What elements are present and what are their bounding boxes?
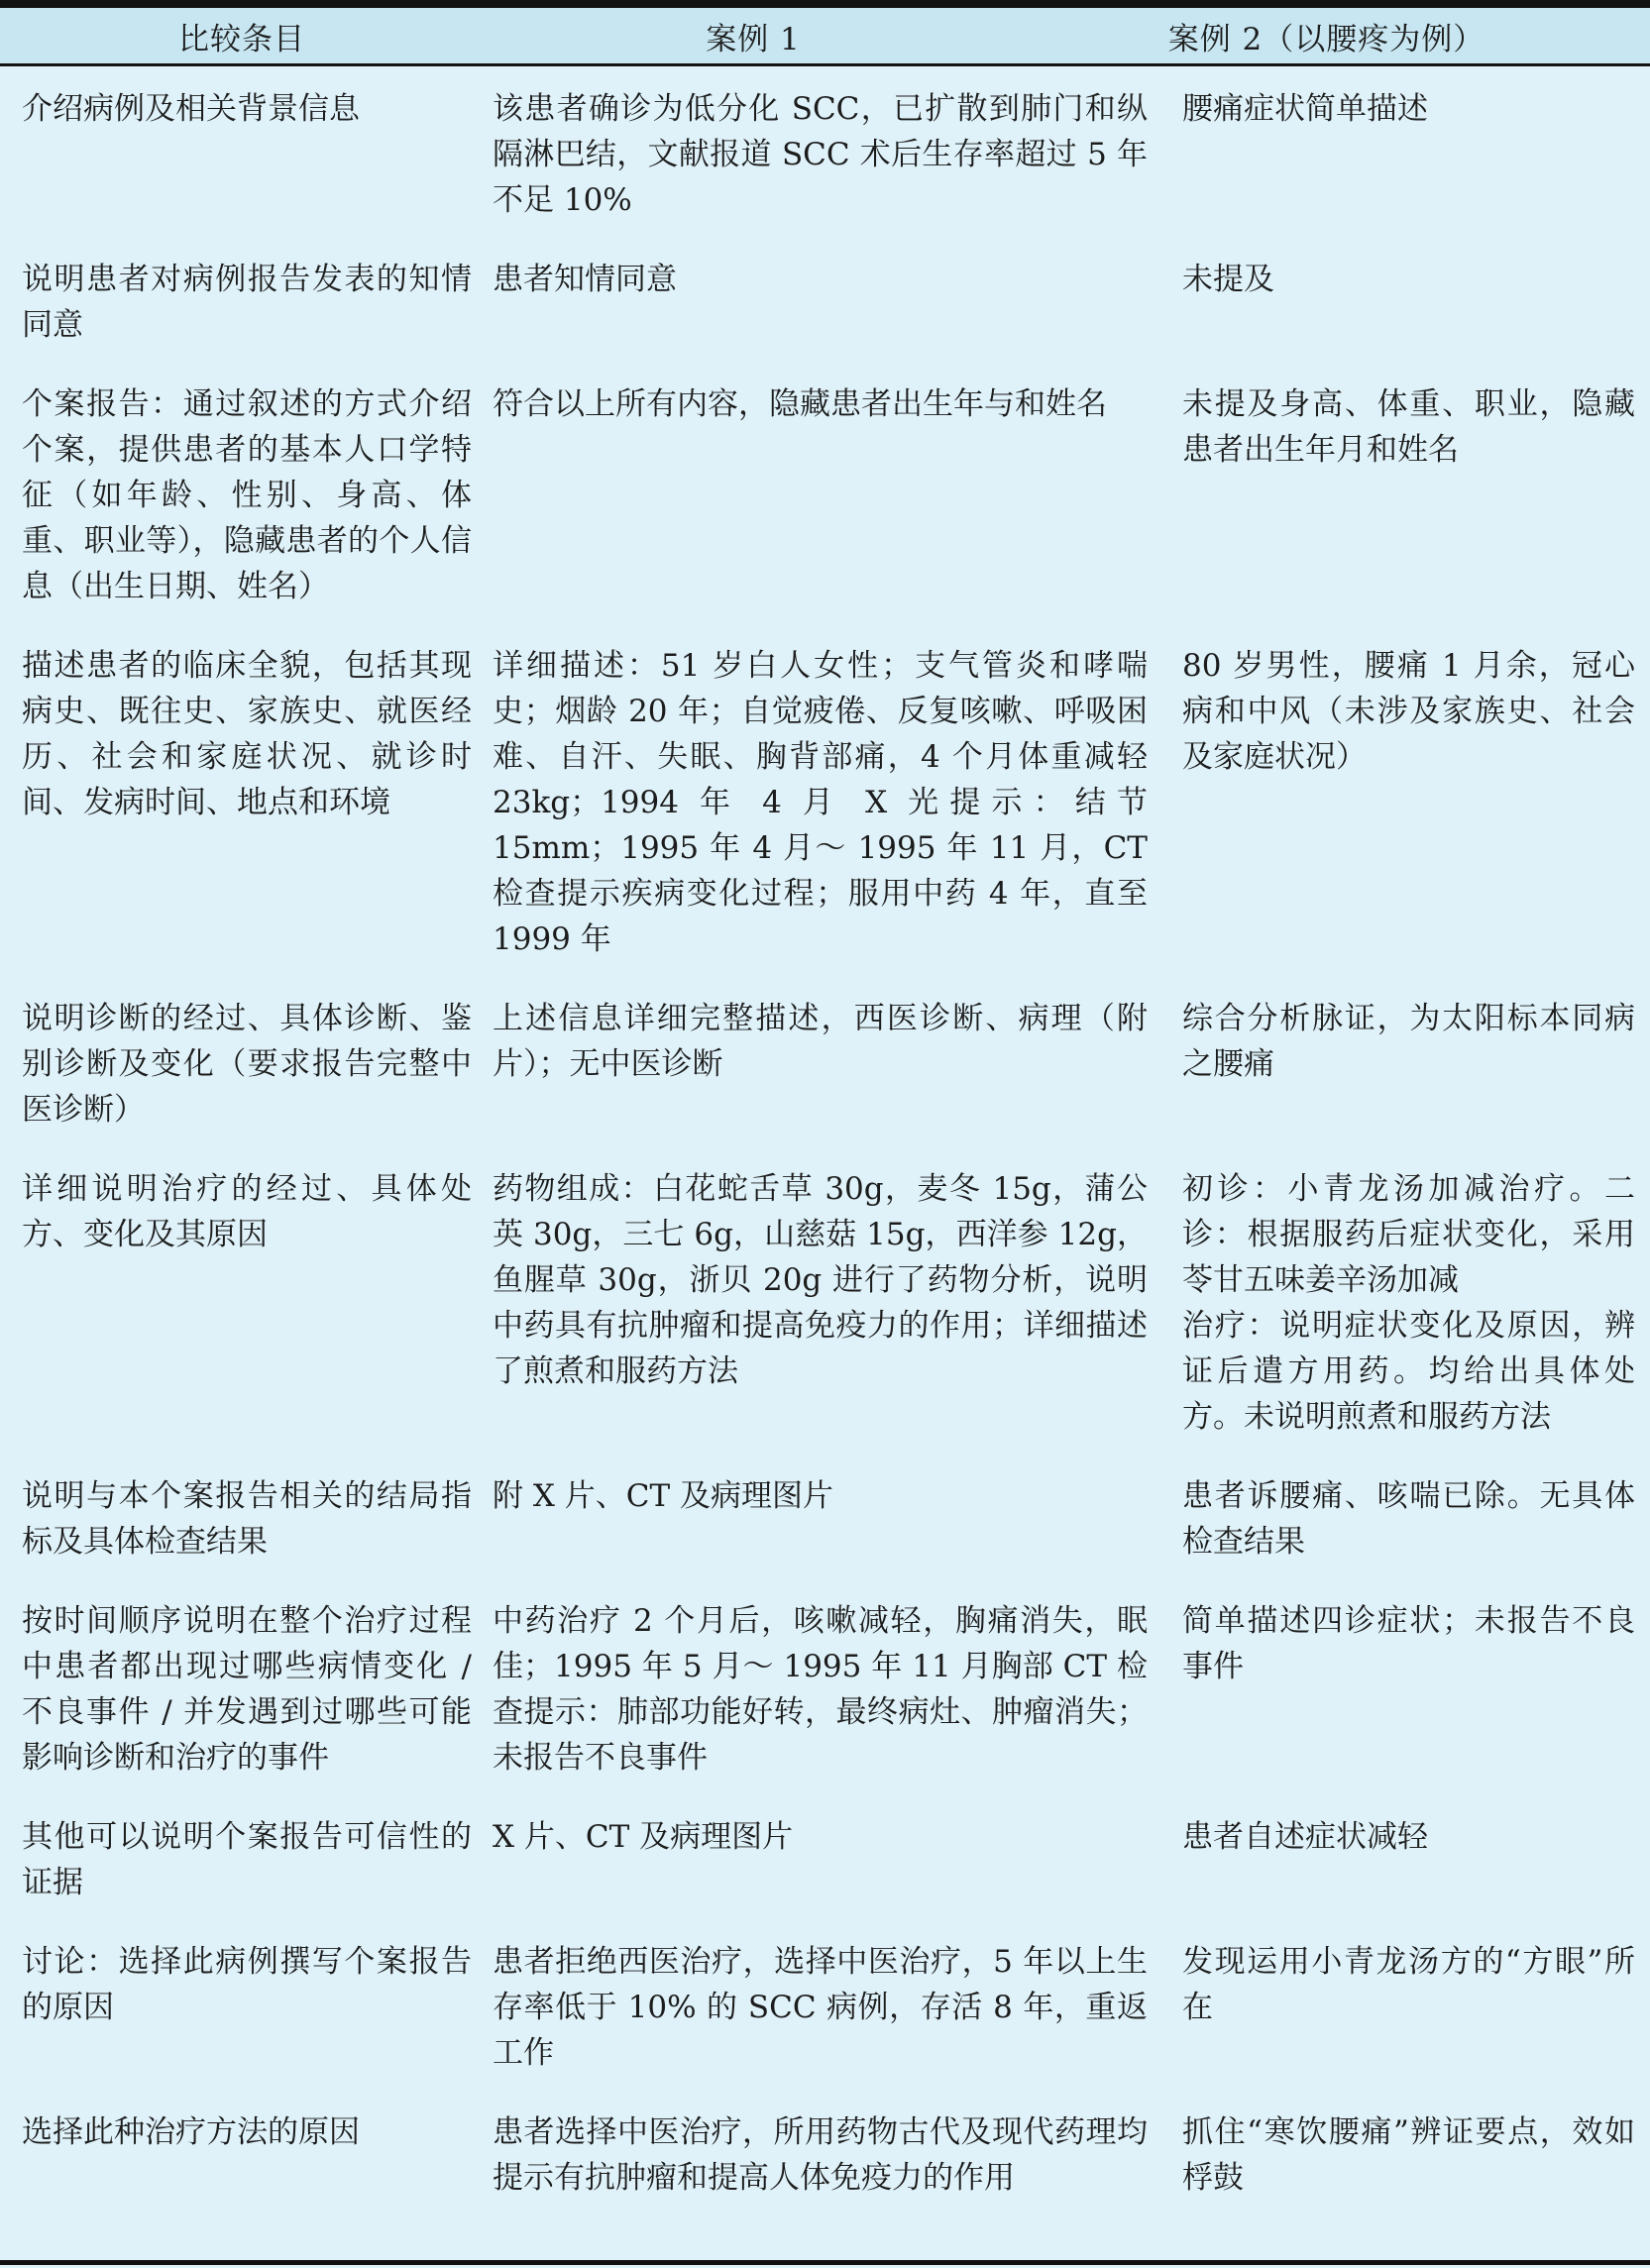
table-body: 介绍病例及相关背景信息 该患者确诊为低分化 SCC，已扩散到肺门和纵隔淋巴结，文… bbox=[0, 66, 1650, 2201]
cell-case2: 简单描述四诊症状；未报告不良事件 bbox=[1161, 1598, 1650, 1689]
cell-case2: 综合分析脉证，为太阳标本同病之腰痛 bbox=[1161, 996, 1650, 1087]
table-row: 说明患者对病例报告发表的知情同意 患者知情同意 未提及 bbox=[0, 257, 1650, 348]
cell-case1: 该患者确诊为低分化 SCC，已扩散到肺门和纵隔淋巴结，文献报道 SCC 术后生存… bbox=[484, 86, 1161, 223]
cell-case2: 发现运用小青龙汤方的“方眼”所在 bbox=[1161, 1939, 1650, 2030]
table-top-border bbox=[0, 0, 1650, 8]
cell-comparison-item: 个案报告：通过叙述的方式介绍个案，提供患者的基本人口学特征（如年龄、性别、身高、… bbox=[0, 381, 484, 609]
table-row: 个案报告：通过叙述的方式介绍个案，提供患者的基本人口学特征（如年龄、性别、身高、… bbox=[0, 381, 1650, 609]
cell-case2: 未提及身高、体重、职业，隐藏患者出生年月和姓名 bbox=[1161, 381, 1650, 473]
table-row: 讨论：选择此病例撰写个案报告的原因 患者拒绝西医治疗，选择中医治疗，5 年以上生… bbox=[0, 1939, 1650, 2076]
cell-case2: 80 岁男性，腰痛 1 月余，冠心病和中风（未涉及家族史、社会及家庭状况） bbox=[1161, 643, 1650, 780]
cell-comparison-item: 按时间顺序说明在整个治疗过程中患者都出现过哪些病情变化 / 不良事件 / 并发遇… bbox=[0, 1598, 484, 1781]
cell-case1: 符合以上所有内容，隐藏患者出生年与和姓名 bbox=[484, 381, 1161, 427]
cell-case2: 腰痛症状简单描述 bbox=[1161, 86, 1650, 132]
table-row: 详细说明治疗的经过、具体处方、变化及其原因 药物组成：白花蛇舌草 30g，麦冬 … bbox=[0, 1166, 1650, 1440]
cell-case1: 附 X 片、CT 及病理图片 bbox=[484, 1473, 1161, 1519]
column-header-case1: 案例 1 bbox=[484, 14, 1161, 58]
column-header-case2: 案例 2（以腰疼为例） bbox=[1161, 14, 1650, 58]
table-row: 其他可以说明个案报告可信性的证据 X 片、CT 及病理图片 患者自述症状减轻 bbox=[0, 1814, 1650, 1905]
cell-case1: 详细描述：51 岁白人女性；支气管炎和哮喘史；烟龄 20 年；自觉疲倦、反复咳嗽… bbox=[484, 643, 1161, 962]
table-header-row: 比较条目 案例 1 案例 2（以腰疼为例） bbox=[0, 8, 1650, 66]
column-header-comparison-item: 比较条目 bbox=[0, 14, 484, 58]
table-row: 选择此种治疗方法的原因 患者选择中医治疗，所用药物古代及现代药理均提示有抗肿瘤和… bbox=[0, 2109, 1650, 2201]
cell-case1: 中药治疗 2 个月后，咳嗽减轻，胸痛消失，眠佳；1995 年 5 月～ 1995… bbox=[484, 1598, 1161, 1781]
cell-case1: 患者选择中医治疗，所用药物古代及现代药理均提示有抗肿瘤和提高人体免疫力的作用 bbox=[484, 2109, 1161, 2201]
table-bottom-border bbox=[0, 2260, 1650, 2265]
cell-comparison-item: 说明与本个案报告相关的结局指标及具体检查结果 bbox=[0, 1473, 484, 1565]
cell-comparison-item: 详细说明治疗的经过、具体处方、变化及其原因 bbox=[0, 1166, 484, 1257]
cell-comparison-item: 讨论：选择此病例撰写个案报告的原因 bbox=[0, 1939, 484, 2030]
table-row: 按时间顺序说明在整个治疗过程中患者都出现过哪些病情变化 / 不良事件 / 并发遇… bbox=[0, 1598, 1650, 1781]
cell-case1: 患者知情同意 bbox=[484, 257, 1161, 302]
cell-comparison-item: 说明诊断的经过、具体诊断、鉴别诊断及变化（要求报告完整中医诊断） bbox=[0, 996, 484, 1133]
table-row: 说明诊断的经过、具体诊断、鉴别诊断及变化（要求报告完整中医诊断） 上述信息详细完… bbox=[0, 996, 1650, 1133]
cell-case2: 初诊：小青龙汤加减治疗。二诊：根据服药后症状变化，采用苓甘五味姜辛汤加减 治疗：… bbox=[1161, 1166, 1650, 1440]
cell-case2: 患者自述症状减轻 bbox=[1161, 1814, 1650, 1860]
case-report-comparison-table: 比较条目 案例 1 案例 2（以腰疼为例） 介绍病例及相关背景信息 该患者确诊为… bbox=[0, 0, 1650, 2268]
cell-case1: 患者拒绝西医治疗，选择中医治疗，5 年以上生存率低于 10% 的 SCC 病例，… bbox=[484, 1939, 1161, 2076]
cell-case1: X 片、CT 及病理图片 bbox=[484, 1814, 1161, 1860]
cell-case2: 未提及 bbox=[1161, 257, 1650, 302]
cell-case2: 抓住“寒饮腰痛”辨证要点，效如桴鼓 bbox=[1161, 2109, 1650, 2201]
cell-comparison-item: 选择此种治疗方法的原因 bbox=[0, 2109, 484, 2155]
table-row: 介绍病例及相关背景信息 该患者确诊为低分化 SCC，已扩散到肺门和纵隔淋巴结，文… bbox=[0, 86, 1650, 223]
cell-comparison-item: 描述患者的临床全貌，包括其现病史、既往史、家族史、就医经历、社会和家庭状况、就诊… bbox=[0, 643, 484, 825]
table-row: 描述患者的临床全貌，包括其现病史、既往史、家族史、就医经历、社会和家庭状况、就诊… bbox=[0, 643, 1650, 962]
cell-case1: 药物组成：白花蛇舌草 30g，麦冬 15g，蒲公英 30g，三七 6g，山慈菇 … bbox=[484, 1166, 1161, 1394]
cell-comparison-item: 介绍病例及相关背景信息 bbox=[0, 86, 484, 132]
table-row: 说明与本个案报告相关的结局指标及具体检查结果 附 X 片、CT 及病理图片 患者… bbox=[0, 1473, 1650, 1565]
cell-comparison-item: 说明患者对病例报告发表的知情同意 bbox=[0, 257, 484, 348]
cell-case1: 上述信息详细完整描述，西医诊断、病理（附片）；无中医诊断 bbox=[484, 996, 1161, 1087]
cell-comparison-item: 其他可以说明个案报告可信性的证据 bbox=[0, 1814, 484, 1905]
cell-case2: 患者诉腰痛、咳喘已除。无具体检查结果 bbox=[1161, 1473, 1650, 1565]
